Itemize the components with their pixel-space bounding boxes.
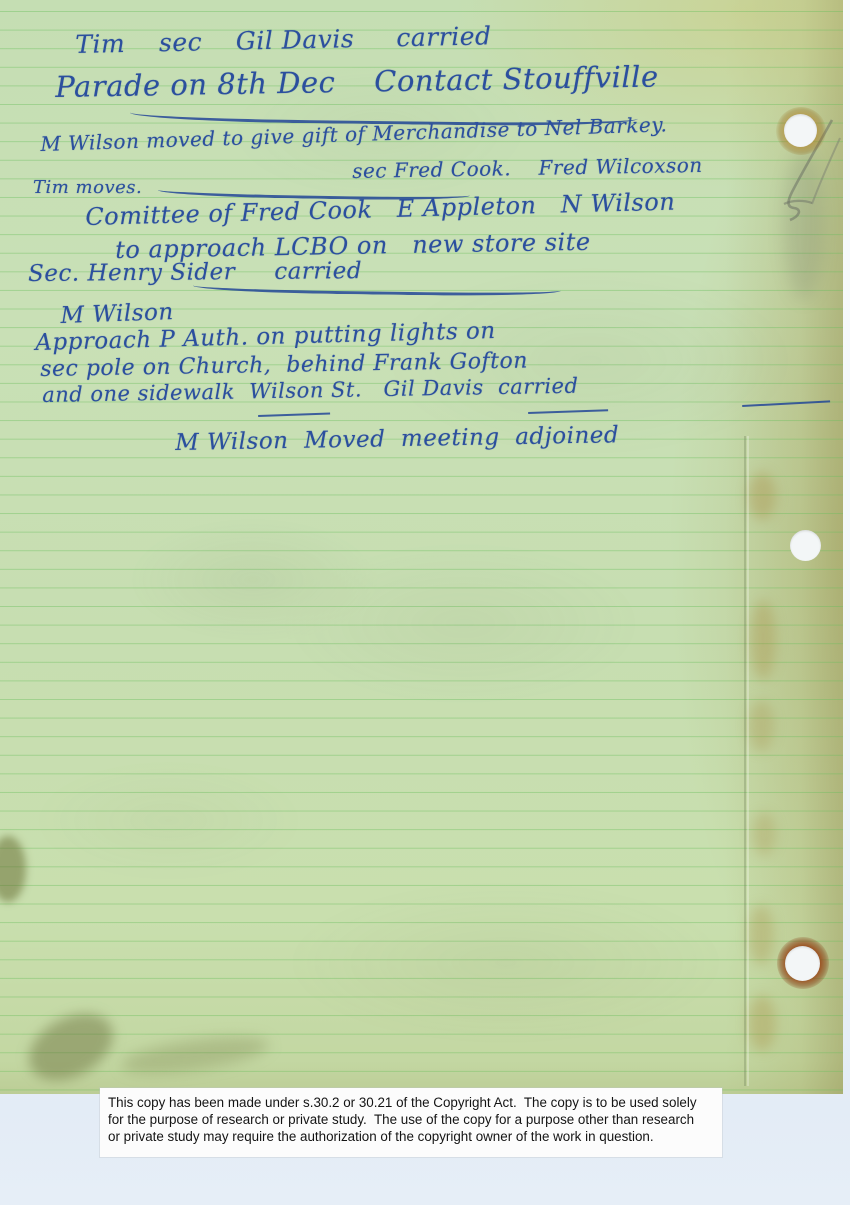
- green-ledger-paper: Tim sec Gil Davis carried Parade on 8th …: [0, 0, 843, 1094]
- brown-stain: [748, 995, 776, 1051]
- vertical-crease: [744, 436, 746, 1086]
- copyright-notice-text: for the purpose of research or private s…: [100, 1111, 722, 1128]
- copyright-notice-box: This copy has been made under s.30.2 or …: [100, 1088, 722, 1157]
- vertical-crease: [747, 436, 749, 1086]
- copyright-notice-text: This copy has been made under s.30.2 or …: [100, 1088, 722, 1111]
- brown-stain: [748, 472, 776, 520]
- handwritten-line: M Wilson: [60, 299, 174, 329]
- punch-hole: [790, 530, 821, 561]
- brown-stain: [752, 812, 776, 856]
- scanned-document: Tim sec Gil Davis carried Parade on 8th …: [0, 0, 850, 1205]
- punch-hole: [785, 946, 820, 981]
- brown-stain: [748, 700, 774, 752]
- handwritten-line: Tim moves.: [33, 177, 142, 198]
- copyright-notice-text: or private study may require the authori…: [100, 1128, 722, 1145]
- brown-stain: [748, 905, 774, 965]
- brown-stain: [750, 600, 776, 680]
- punch-hole: [784, 114, 817, 147]
